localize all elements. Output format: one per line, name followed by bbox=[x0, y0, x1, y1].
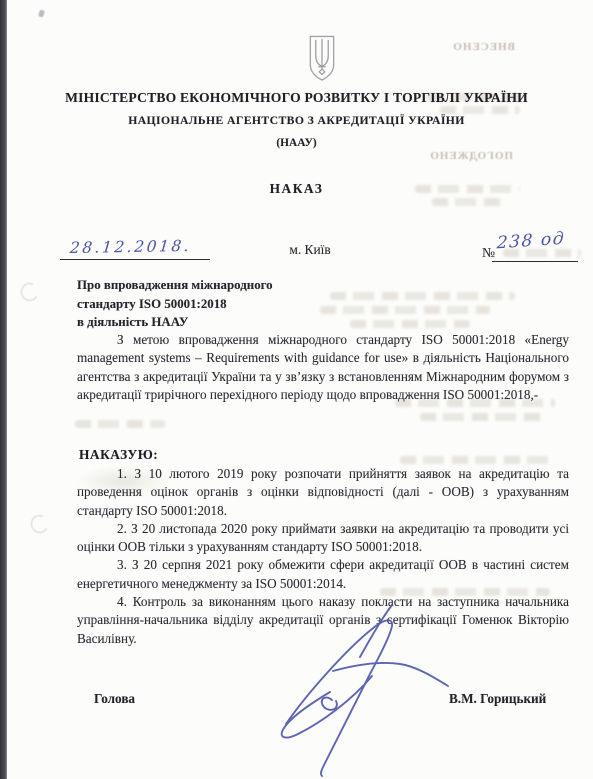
bleedthrough-text: ПОГОДЖЕНО bbox=[433, 150, 513, 162]
scan-speck bbox=[38, 9, 45, 17]
ukraine-trident-emblem bbox=[308, 34, 336, 84]
number-sign-label: № bbox=[482, 245, 495, 261]
bleedthrough-text: ВНЕСЕНО bbox=[455, 41, 515, 53]
bleedthrough-smudge bbox=[432, 198, 507, 206]
scanned-order-document: ВНЕСЕНО ПОГОДЖЕНО МІНІСТЕРСТВО ЕКОНОМІЧН… bbox=[0, 0, 593, 779]
handwritten-signature-ink bbox=[252, 584, 452, 779]
subject-line: стандарту ISO 50001:2018 bbox=[77, 295, 337, 314]
bleedthrough-smudge bbox=[350, 320, 470, 328]
punch-hole-mark bbox=[29, 513, 51, 535]
ministry-title: МІНІСТЕРСТВО ЕКОНОМІЧНОГО РОЗВИТКУ І ТОР… bbox=[0, 90, 593, 106]
order-heading: НАКАЗУЮ: bbox=[79, 447, 158, 463]
punch-hole-mark bbox=[19, 281, 41, 303]
place-label: м. Київ bbox=[250, 242, 370, 258]
preamble-paragraph: З метою впровадження міжнародного станда… bbox=[77, 331, 569, 404]
bleedthrough-smudge bbox=[320, 306, 490, 314]
bleedthrough-smudge bbox=[330, 292, 515, 300]
agency-abbreviation: (НААУ) bbox=[0, 137, 593, 149]
date-underline bbox=[60, 259, 210, 260]
agency-title: НАЦІОНАЛЬНЕ АГЕНТСТВО З АКРЕДИТАЦІЇ УКРА… bbox=[0, 114, 593, 127]
document-type-title: НАКАЗ bbox=[0, 181, 593, 197]
subject-line: в діяльність НААУ bbox=[77, 313, 337, 332]
bleedthrough-smudge bbox=[420, 413, 545, 421]
bleedthrough-smudge bbox=[75, 420, 165, 428]
order-item-2: 2. З 20 листопада 2020 року приймати зая… bbox=[77, 520, 569, 557]
subject-block: Про впровадження міжнародного стандарту … bbox=[77, 276, 337, 332]
number-underline bbox=[492, 261, 578, 262]
signatory-title: Голова bbox=[94, 691, 135, 707]
order-item-1: 1. З 10 лютого 2019 року розпочати прийн… bbox=[77, 465, 569, 520]
signatory-name: В.М. Горицький bbox=[449, 691, 546, 707]
handwritten-date: 28.12.2018. bbox=[69, 237, 192, 257]
bleedthrough-smudge bbox=[400, 456, 550, 464]
bleedthrough-smudge bbox=[440, 106, 520, 114]
subject-line: Про впровадження міжнародного bbox=[77, 276, 337, 295]
